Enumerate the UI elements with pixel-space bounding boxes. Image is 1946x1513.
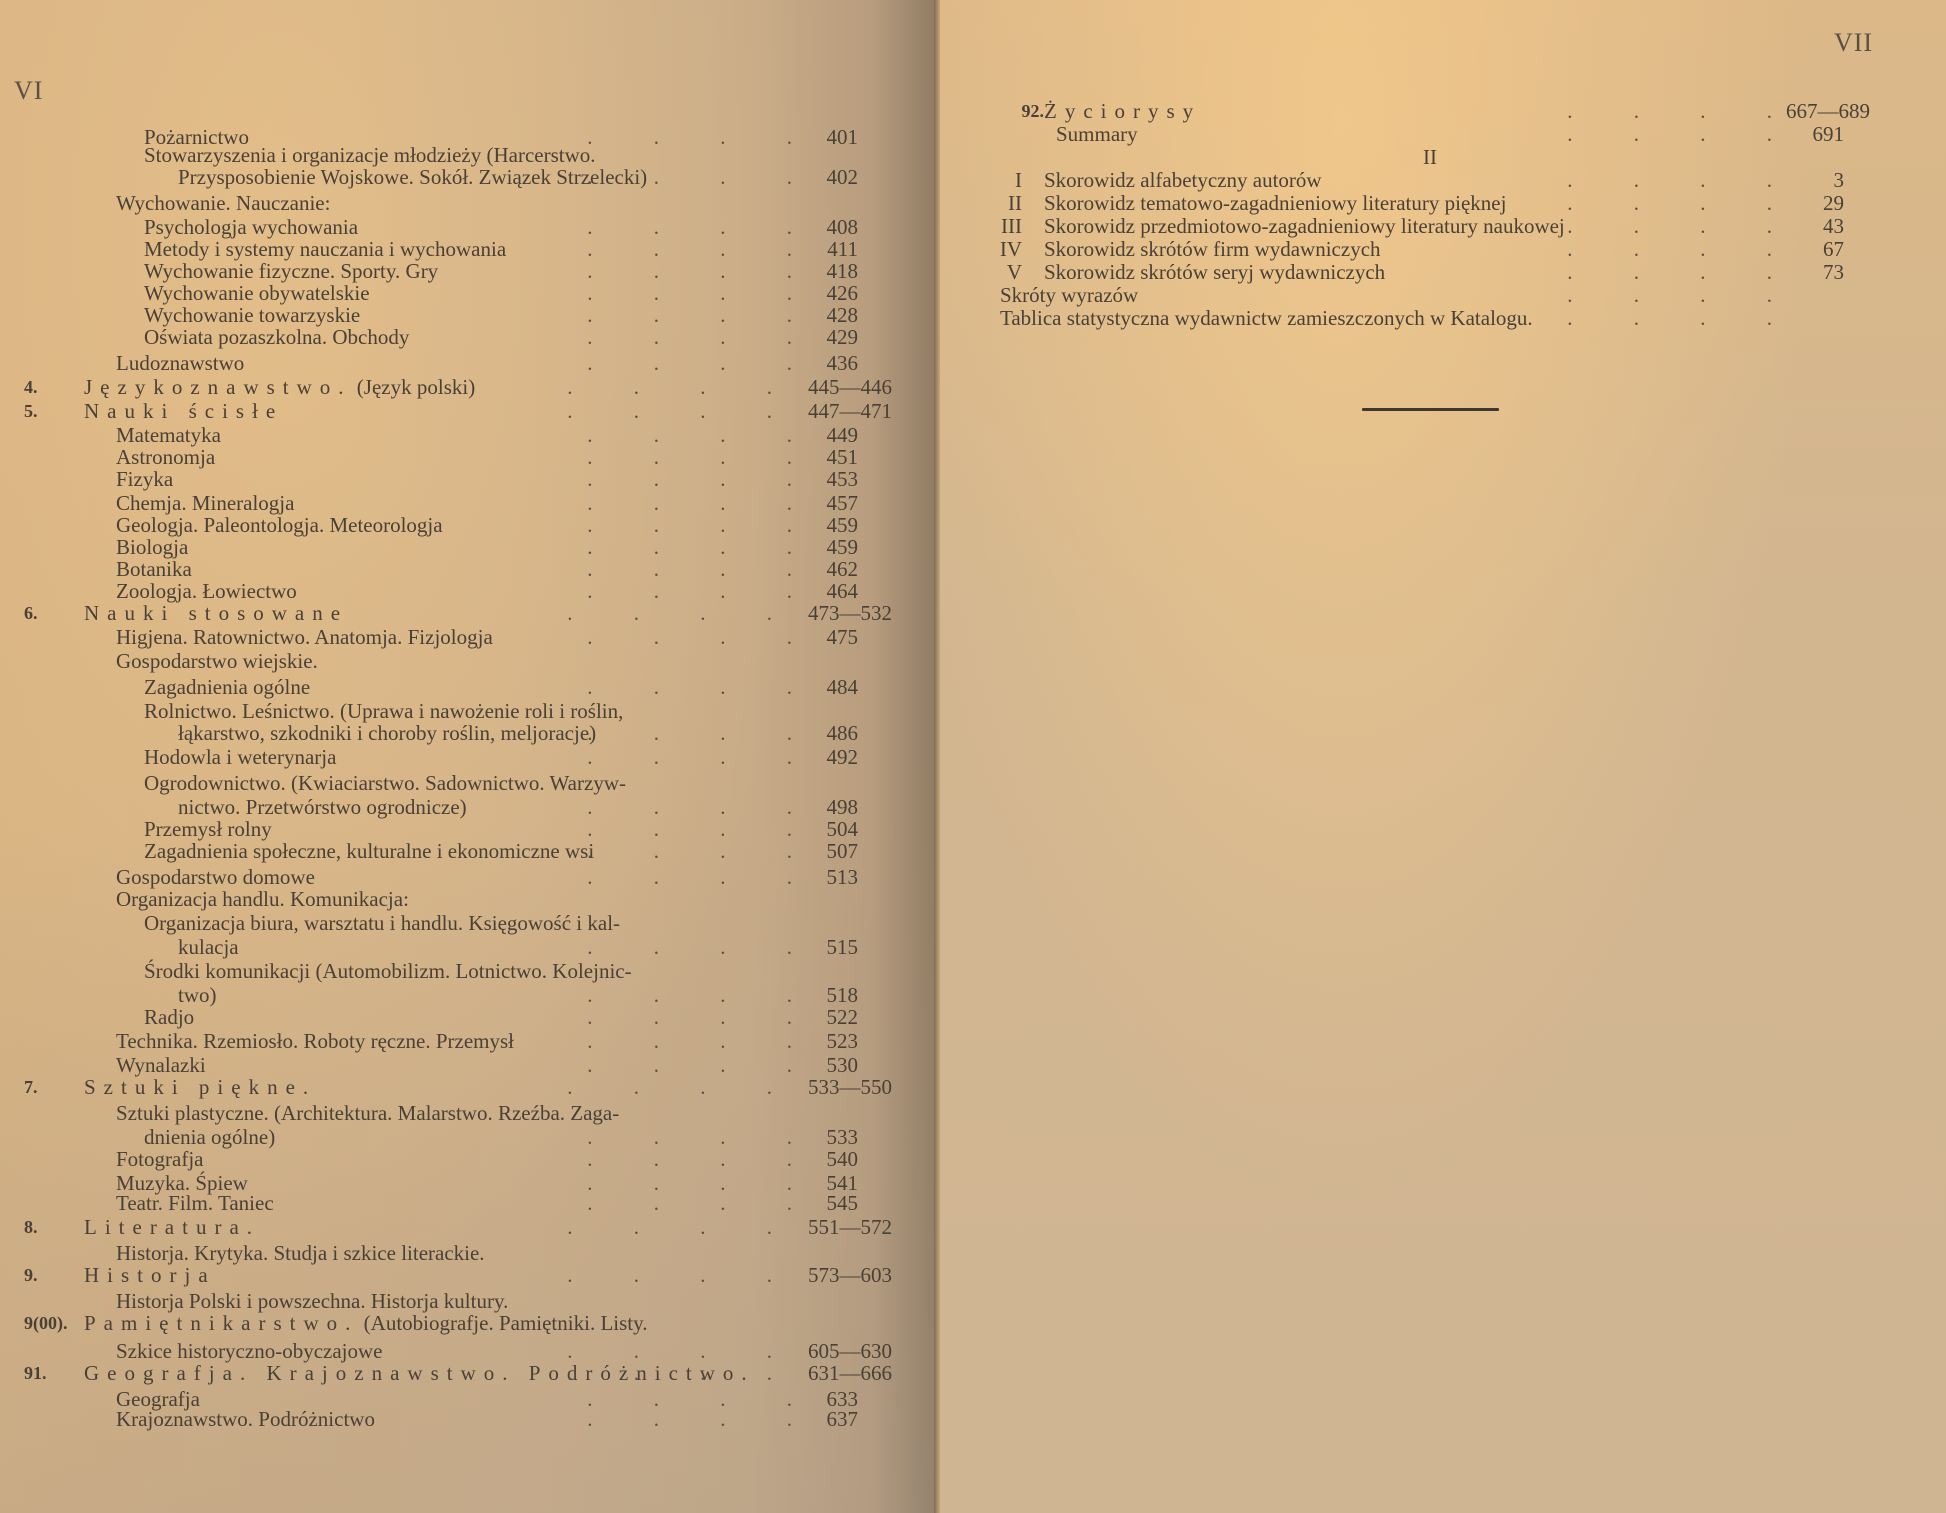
toc-entry: Biologja. . . .459 xyxy=(0,536,900,559)
page-reference: 402 xyxy=(827,166,859,189)
page-reference: 408 xyxy=(827,216,859,239)
entry-label: two) xyxy=(178,984,217,1007)
entry-label: Astronomja xyxy=(116,446,215,469)
section-number: 4. xyxy=(24,376,38,399)
page-reference: 428 xyxy=(827,304,859,327)
page-reference: 429 xyxy=(827,326,859,349)
toc-entry: Organizacja handlu. Komunikacja: xyxy=(0,888,900,911)
entry-label: Zagadnienia społeczne, kulturalne i ekon… xyxy=(144,840,594,863)
page-reference: 447—471 xyxy=(808,400,892,423)
section-title-spaced: Językoznawstwo. xyxy=(84,375,352,399)
entry-label: Skorowidz skrótów firm wydawniczych xyxy=(1044,238,1381,261)
entry-label: Gospodarstwo wiejskie. xyxy=(116,650,318,673)
section-title-spaced: Pamiętnikarstwo. xyxy=(84,1311,358,1335)
toc-section-entry: 8.Literatura.. . . .551—572 xyxy=(0,1216,900,1239)
toc-section-entry: 4.Językoznawstwo. (Język polski). . . .4… xyxy=(0,376,900,399)
entry-label: Psychologja wychowania xyxy=(144,216,358,239)
toc-entry: Rolnictwo. Leśnictwo. (Uprawa i nawożeni… xyxy=(0,700,900,723)
page-reference: 475 xyxy=(827,626,859,649)
page-reference: 605—630 xyxy=(808,1340,892,1363)
toc-entry: Higjena. Ratownictwo. Anatomja. Fizjolog… xyxy=(0,626,900,649)
entry-label: Botanika xyxy=(116,558,192,581)
section-title-spaced: Nauki ścisłe xyxy=(84,399,283,423)
leader-dots: . . . . xyxy=(587,984,820,1007)
page-reference: 504 xyxy=(827,818,859,841)
toc-entry: Fizyka. . . .453 xyxy=(0,468,900,491)
page-reference: 473—532 xyxy=(808,602,892,625)
leader-dots: . . . . xyxy=(567,1216,800,1239)
entry-label: Sztuki plastyczne. (Architektura. Malars… xyxy=(116,1102,619,1125)
entry-label: Historja. Krytyka. Studja i szkice liter… xyxy=(116,1242,485,1265)
page-reference: 418 xyxy=(827,260,859,283)
toc-entry: Astronomja. . . .451 xyxy=(0,446,900,469)
page-reference: 523 xyxy=(827,1030,859,1053)
leader-dots: . . . . xyxy=(567,400,800,423)
entry-label: Gospodarstwo domowe xyxy=(116,866,315,889)
leader-dots: . . . . xyxy=(587,1006,820,1029)
index-roman-numeral: II xyxy=(1008,192,1022,215)
page-reference: 545 xyxy=(827,1192,859,1215)
leader-dots: . . . . xyxy=(587,866,820,889)
closing-rule xyxy=(1362,408,1499,411)
index-entry: IVSkorowidz skrótów firm wydawniczych. .… xyxy=(990,238,1870,261)
toc-section-entry: 9.Historja. . . .573—603 xyxy=(0,1264,900,1287)
section-title-spaced: Historja xyxy=(84,1263,216,1287)
entry-label: Zoologja. Łowiectwo xyxy=(116,580,297,603)
toc-entry: Technika. Rzemiosło. Roboty ręczne. Prze… xyxy=(0,1030,900,1053)
toc-section-entry: 91.Geografja. Krajoznawstwo. Podróżnictw… xyxy=(0,1362,900,1385)
entry-label: Teatr. Film. Taniec xyxy=(116,1192,274,1215)
entry-label: Przysposobienie Wojskowe. Sokół. Związek… xyxy=(178,166,647,189)
toc-entry: łąkarstwo, szkodniki i choroby roślin, m… xyxy=(0,722,900,745)
book-spine xyxy=(934,0,940,1513)
entry-label: Krajoznawstwo. Podróżnictwo xyxy=(116,1408,375,1431)
section-number: 6. xyxy=(24,602,38,625)
entry-label: Historja Polski i powszechna. Historja k… xyxy=(116,1290,508,1313)
section-number: 8. xyxy=(24,1216,38,1239)
leader-dots: . . . . xyxy=(587,304,820,327)
toc-section-entry: 6.Nauki stosowane. . . .473—532 xyxy=(0,602,900,625)
leader-dots: . . . . xyxy=(1567,307,1800,330)
toc-entry: two). . . .518 xyxy=(0,984,900,1007)
entry-label: Przemysł rolny xyxy=(144,818,272,841)
page-reference: 631—666 xyxy=(808,1362,892,1385)
page-reference: 498 xyxy=(827,796,859,819)
leader-dots: . . . . xyxy=(587,468,820,491)
entry-label: Organizacja handlu. Komunikacja: xyxy=(116,888,409,911)
page-reference: 513 xyxy=(827,866,859,889)
leader-dots: . . . . xyxy=(587,260,820,283)
entry-label: nictwo. Przetwórstwo ogrodnicze) xyxy=(178,796,467,819)
section-number: 5. xyxy=(24,400,38,423)
page-reference: 486 xyxy=(827,722,859,745)
leader-dots: . . . . xyxy=(1567,169,1800,192)
entry-label: Geologja. Paleontologja. Meteorologja xyxy=(116,514,443,537)
entry-label: Oświata pozaszkolna. Obchody xyxy=(144,326,409,349)
toc-entry: Botanika. . . .462 xyxy=(0,558,900,581)
page-reference: 453 xyxy=(827,468,859,491)
entry-label: Szkice historyczno-obyczajowe xyxy=(116,1340,382,1363)
section-number: 7. xyxy=(24,1076,38,1099)
toc-entry: Zagadnienia ogólne. . . .484 xyxy=(0,676,900,699)
index-roman-numeral: V xyxy=(1007,261,1022,284)
entry-label: dnienia ogólne) xyxy=(144,1126,275,1149)
leader-dots: . . . . xyxy=(1567,261,1800,284)
leader-dots: . . . . xyxy=(567,376,800,399)
toc-entry: Krajoznawstwo. Podróżnictwo. . . .637 xyxy=(0,1408,900,1431)
toc-entry: Fotografja. . . .540 xyxy=(0,1148,900,1171)
entry-label: Chemja. Mineralogja xyxy=(116,492,294,515)
index-entry: IIISkorowidz przedmiotowo-zagadnieniowy … xyxy=(990,215,1870,238)
toc-entry: Przysposobienie Wojskowe. Sokół. Związek… xyxy=(0,166,900,189)
leader-dots: . . . . xyxy=(587,536,820,559)
toc-entry: Psychologja wychowania. . . .408 xyxy=(0,216,900,239)
leader-dots: . . . . xyxy=(567,1076,800,1099)
toc-entry: Oświata pozaszkolna. Obchody. . . .429 xyxy=(0,326,900,349)
page-reference: 73 xyxy=(1823,261,1844,284)
entry-label: Życiorysy xyxy=(1044,100,1201,123)
page-reference: 573—603 xyxy=(808,1264,892,1287)
entry-label: Nauki stosowane xyxy=(84,602,348,625)
toc-section-entry: 5.Nauki ścisłe. . . .447—471 xyxy=(0,400,900,423)
toc-entry: Radjo. . . .522 xyxy=(0,1006,900,1029)
leader-dots: . . . . xyxy=(587,1408,820,1431)
toc-entry: Skróty wyrazów. . . . xyxy=(990,284,1870,307)
leader-dots: . . . . xyxy=(587,796,820,819)
open-book-spread: VI VII Pożarnictwo. . . .401Stowarzyszen… xyxy=(0,0,1946,1513)
toc-entry: Przemysł rolny. . . .504 xyxy=(0,818,900,841)
leader-dots: . . . . xyxy=(587,352,820,375)
entry-label: Rolnictwo. Leśnictwo. (Uprawa i nawożeni… xyxy=(144,700,623,723)
leader-dots: . . . . xyxy=(587,840,820,863)
index-entry: ISkorowidz alfabetyczny autorów. . . .3 xyxy=(990,169,1870,192)
toc-entry: Zoologja. Łowiectwo. . . .464 xyxy=(0,580,900,603)
page-reference: 518 xyxy=(827,984,859,1007)
page-reference: 464 xyxy=(827,580,859,603)
index-entry: VSkorowidz skrótów seryj wydawniczych. .… xyxy=(990,261,1870,284)
toc-entry: Wychowanie towarzyskie. . . .428 xyxy=(0,304,900,327)
page-reference: 533 xyxy=(827,1126,859,1149)
entry-label: Literatura. xyxy=(84,1216,260,1239)
leader-dots: . . . . xyxy=(587,326,820,349)
leader-dots: . . . . xyxy=(567,1264,800,1287)
entry-label: Środki komunikacji (Automobilizm. Lotnic… xyxy=(144,960,632,983)
toc-entry: kulacja. . . .515 xyxy=(0,936,900,959)
page-reference: 551—572 xyxy=(808,1216,892,1239)
index-roman-numeral: I xyxy=(1015,169,1022,192)
page-reference: 691 xyxy=(1813,123,1845,146)
part-heading: II xyxy=(990,146,1870,169)
entry-label: Wychowanie. Nauczanie: xyxy=(116,192,330,215)
page-reference: 533—550 xyxy=(808,1076,892,1099)
page-number-right: VII xyxy=(1834,28,1873,58)
leader-dots: . . . . xyxy=(587,424,820,447)
section-number: 9. xyxy=(24,1264,38,1287)
page-reference: 445—446 xyxy=(808,376,892,399)
section-number: 9(00). xyxy=(24,1312,68,1335)
entry-label: kulacja xyxy=(178,936,239,959)
page-reference: 426 xyxy=(827,282,859,305)
page-reference: 67 xyxy=(1823,238,1844,261)
leader-dots: . . . . xyxy=(587,722,820,745)
entry-label: Wychowanie obywatelskie xyxy=(144,282,370,305)
toc-entry: Wychowanie. Nauczanie: xyxy=(0,192,900,215)
leader-dots: . . . . xyxy=(587,1054,820,1077)
entry-label: Językoznawstwo. (Język polski) xyxy=(84,376,475,399)
toc-entry: Wynalazki. . . .530 xyxy=(0,1054,900,1077)
entry-label: Historja xyxy=(84,1264,216,1287)
page-reference: 459 xyxy=(827,514,859,537)
page-reference: 411 xyxy=(827,238,858,261)
entry-label: Higjena. Ratownictwo. Anatomja. Fizjolog… xyxy=(116,626,493,649)
section-title-spaced: Sztuki piękne. xyxy=(84,1075,316,1099)
leader-dots: . . . . xyxy=(587,936,820,959)
page-reference: 436 xyxy=(827,352,859,375)
toc-entry: Historja. Krytyka. Studja i szkice liter… xyxy=(0,1242,900,1265)
index-roman-numeral: IV xyxy=(1000,238,1022,261)
page-reference: 522 xyxy=(827,1006,859,1029)
leader-dots: . . . . xyxy=(587,1148,820,1171)
entry-label: Metody i systemy nauczania i wychowania xyxy=(144,238,506,261)
entry-label: Ogrodownictwo. (Kwiaciarstwo. Sadownictw… xyxy=(144,772,626,795)
toc-entry: Hodowla i weterynarja. . . .492 xyxy=(0,746,900,769)
entry-label: Sztuki piękne. xyxy=(84,1076,316,1099)
entry-label: Ludoznawstwo xyxy=(116,352,244,375)
toc-entry: dnienia ogólne). . . .533 xyxy=(0,1126,900,1149)
entry-label: Tablica statystyczna wydawnictw zamieszc… xyxy=(1000,307,1533,330)
leader-dots: . . . . xyxy=(587,238,820,261)
toc-entry: Wychowanie obywatelskie. . . .426 xyxy=(0,282,900,305)
entry-label: Wychowanie towarzyskie xyxy=(144,304,360,327)
toc-entry: Teatr. Film. Taniec. . . .545 xyxy=(0,1192,900,1215)
entry-label: Skorowidz skrótów seryj wydawniczych xyxy=(1044,261,1385,284)
leader-dots: . . . . xyxy=(1567,123,1800,146)
leader-dots: . . . . xyxy=(567,1362,800,1385)
leader-dots: . . . . xyxy=(587,1030,820,1053)
entry-label: Nauki ścisłe xyxy=(84,400,283,423)
entry-label: Stowarzyszenia i organizacje młodzieży (… xyxy=(144,144,596,167)
page-reference: 457 xyxy=(827,492,859,515)
toc-entry: Chemja. Mineralogja. . . .457 xyxy=(0,492,900,515)
page-reference: 449 xyxy=(827,424,859,447)
page-reference: 29 xyxy=(1823,192,1844,215)
toc-entry: Szkice historyczno-obyczajowe. . . .605—… xyxy=(0,1340,900,1363)
leader-dots: . . . . xyxy=(587,626,820,649)
leader-dots: . . . . xyxy=(1567,192,1800,215)
toc-entry: Stowarzyszenia i organizacje młodzieży (… xyxy=(0,144,900,167)
entry-label: Pamiętnikarstwo. (Autobiografje. Pamiętn… xyxy=(84,1312,648,1335)
entry-label: Wychowanie fizyczne. Sporty. Gry xyxy=(144,260,438,283)
leader-dots: . . . . xyxy=(587,746,820,769)
leader-dots: . . . . xyxy=(587,216,820,239)
leader-dots: . . . . xyxy=(587,1192,820,1215)
leader-dots: . . . . xyxy=(1567,284,1800,307)
toc-entry: Summary. . . .691 xyxy=(990,123,1870,146)
page-reference: 3 xyxy=(1834,169,1845,192)
index-roman-numeral: III xyxy=(1001,215,1022,238)
toc-entry: nictwo. Przetwórstwo ogrodnicze). . . .4… xyxy=(0,796,900,819)
leader-dots: . . . . xyxy=(1567,238,1800,261)
toc-entry: Geologja. Paleontologja. Meteorologja. .… xyxy=(0,514,900,537)
entry-label: Technika. Rzemiosło. Roboty ręczne. Prze… xyxy=(116,1030,514,1053)
section-title-rest: (Autobiografje. Pamiętniki. Listy. xyxy=(358,1311,647,1335)
leader-dots: . . . . xyxy=(587,282,820,305)
toc-entry: Historja Polski i powszechna. Historja k… xyxy=(0,1290,900,1313)
part-heading-label: II xyxy=(990,146,1870,169)
entry-label: Fotografja xyxy=(116,1148,203,1171)
leader-dots: . . . . xyxy=(567,1340,800,1363)
toc-entry: Tablica statystyczna wydawnictw zamieszc… xyxy=(990,307,1870,330)
toc-entry: Gospodarstwo domowe. . . .513 xyxy=(0,866,900,889)
toc-entry: Organizacja biura, warsztatu i handlu. K… xyxy=(0,912,900,935)
page-reference: 492 xyxy=(827,746,859,769)
toc-section-entry: 7.Sztuki piękne.. . . .533—550 xyxy=(0,1076,900,1099)
table-of-contents-left: Pożarnictwo. . . .401Stowarzyszenia i or… xyxy=(0,126,900,1446)
page-reference: 637 xyxy=(827,1408,859,1431)
page-reference: 459 xyxy=(827,536,859,559)
leader-dots: . . . . xyxy=(587,1126,820,1149)
entry-label: Organizacja biura, warsztatu i handlu. K… xyxy=(144,912,620,935)
leader-dots: . . . . xyxy=(587,558,820,581)
table-of-contents-right: 92.Życiorysy. . . .667—689Summary. . . .… xyxy=(990,100,1870,330)
entry-label: Summary xyxy=(1056,123,1138,146)
page-number-left: VI xyxy=(14,76,43,106)
entry-label: łąkarstwo, szkodniki i choroby roślin, m… xyxy=(178,722,596,745)
page-reference: 484 xyxy=(827,676,859,699)
leader-dots: . . . . xyxy=(1567,215,1800,238)
toc-entry: Ogrodownictwo. (Kwiaciarstwo. Sadownictw… xyxy=(0,772,900,795)
entry-label: Zagadnienia ogólne xyxy=(144,676,310,699)
entry-label: Skróty wyrazów xyxy=(1000,284,1138,307)
leader-dots: . . . . xyxy=(587,446,820,469)
toc-entry: Matematyka. . . .449 xyxy=(0,424,900,447)
page-reference: 667—689 xyxy=(1786,100,1870,123)
leader-dots: . . . . xyxy=(587,676,820,699)
leader-dots: . . . . xyxy=(1567,100,1800,123)
page-reference: 540 xyxy=(827,1148,859,1171)
toc-entry: Środki komunikacji (Automobilizm. Lotnic… xyxy=(0,960,900,983)
page-reference: 451 xyxy=(827,446,859,469)
entry-label: Skorowidz tematowo-zagadnieniowy literat… xyxy=(1044,192,1506,215)
leader-dots: . . . . xyxy=(587,580,820,603)
section-title-spaced: Literatura. xyxy=(84,1215,260,1239)
entry-label: Fizyka xyxy=(116,468,173,491)
leader-dots: . . . . xyxy=(567,602,800,625)
entry-label: Skorowidz alfabetyczny autorów xyxy=(1044,169,1322,192)
page-reference: 462 xyxy=(827,558,859,581)
entry-label: Skorowidz przedmiotowo-zagadnieniowy lit… xyxy=(1044,215,1565,238)
entry-label: Biologja xyxy=(116,536,188,559)
entry-label: Matematyka xyxy=(116,424,221,447)
toc-entry: Ludoznawstwo. . . .436 xyxy=(0,352,900,375)
entry-label: Hodowla i weterynarja xyxy=(144,746,336,769)
section-number: 92. xyxy=(1022,100,1045,123)
leader-dots: . . . . xyxy=(587,492,820,515)
leader-dots: . . . . xyxy=(587,514,820,537)
page-reference: 43 xyxy=(1823,215,1844,238)
leader-dots: . . . . xyxy=(587,166,820,189)
index-entry: IISkorowidz tematowo-zagadnieniowy liter… xyxy=(990,192,1870,215)
toc-entry: Zagadnienia społeczne, kulturalne i ekon… xyxy=(0,840,900,863)
section-title-spaced: Nauki stosowane xyxy=(84,601,348,625)
page-reference: 515 xyxy=(827,936,859,959)
page-reference: 507 xyxy=(827,840,859,863)
leader-dots: . . . . xyxy=(587,818,820,841)
toc-entry: Wychowanie fizyczne. Sporty. Gry. . . .4… xyxy=(0,260,900,283)
toc-entry: Metody i systemy nauczania i wychowania.… xyxy=(0,238,900,261)
toc-entry: Sztuki plastyczne. (Architektura. Malars… xyxy=(0,1102,900,1125)
toc-entry: Gospodarstwo wiejskie. xyxy=(0,650,900,673)
toc-section-entry: 9(00).Pamiętnikarstwo. (Autobiografje. P… xyxy=(0,1312,900,1335)
section-number: 91. xyxy=(24,1362,47,1385)
entry-label: Wynalazki xyxy=(116,1054,206,1077)
page-reference: 530 xyxy=(827,1054,859,1077)
toc-entry: 92.Życiorysy. . . .667—689 xyxy=(990,100,1870,123)
entry-label: Radjo xyxy=(144,1006,194,1029)
section-title-rest: (Język polski) xyxy=(352,375,476,399)
